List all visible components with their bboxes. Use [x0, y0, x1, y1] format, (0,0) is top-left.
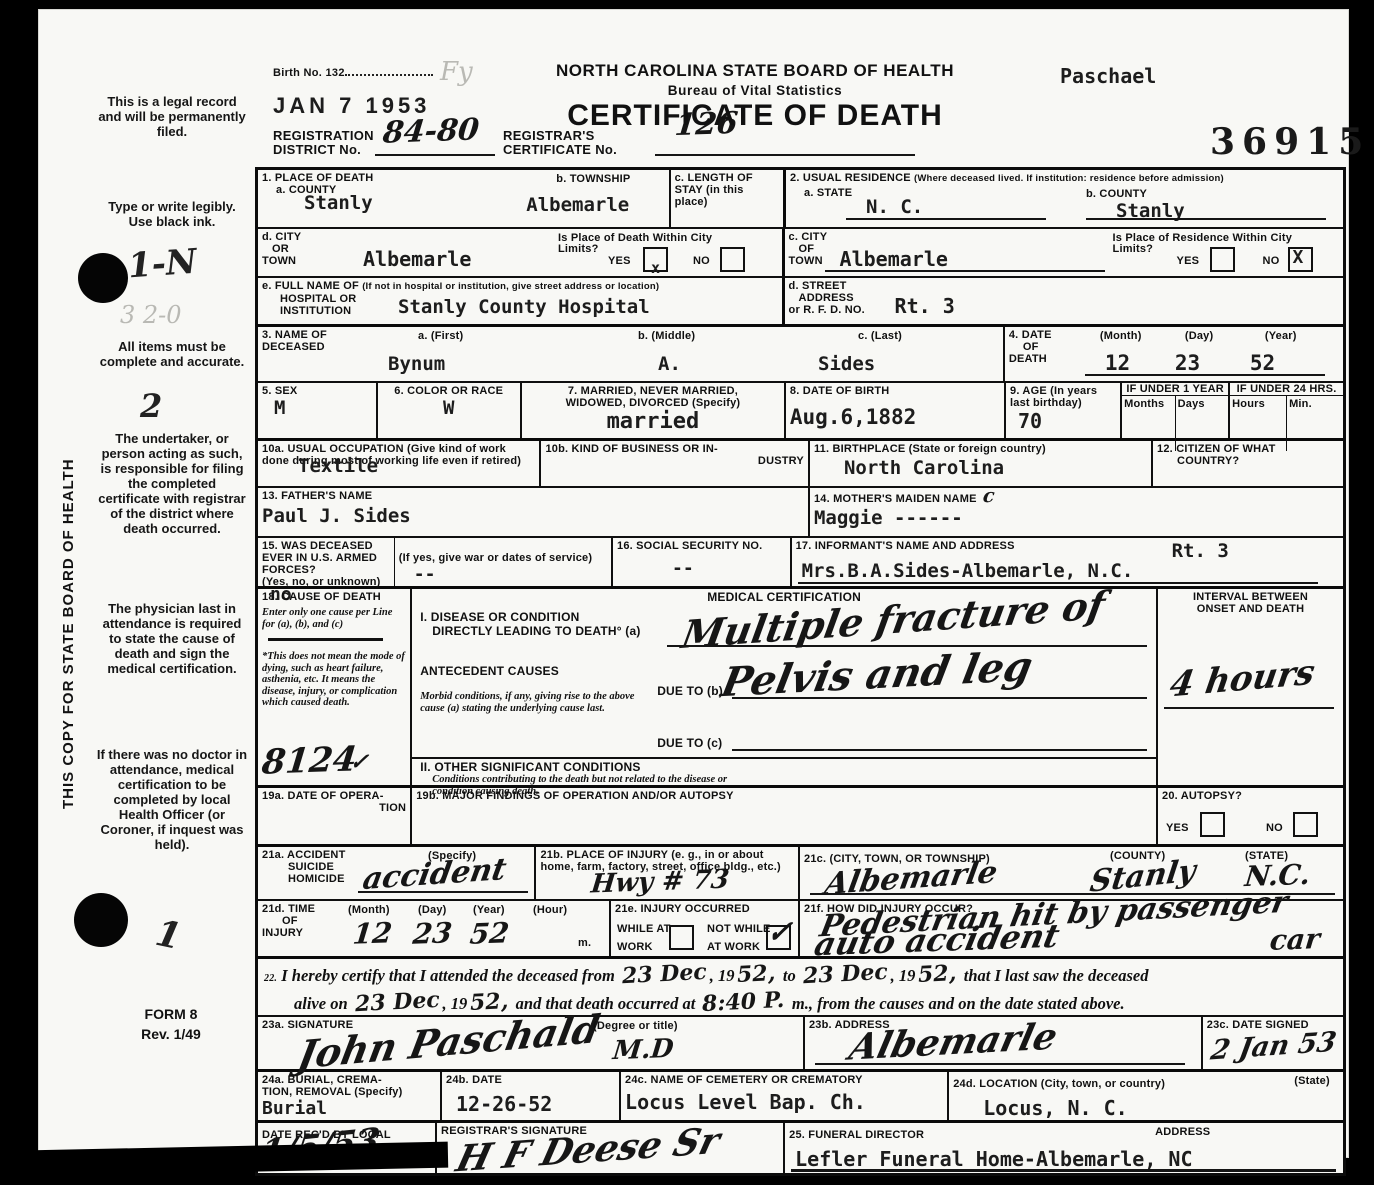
field-date-of-operation: 19a. DATE OF OPERA- TION [258, 788, 412, 844]
bureau-subtitle: Bureau of Vital Statistics [505, 83, 1005, 98]
field-signature: 23a. SIGNATURE John Paschald (Degree or … [258, 1017, 805, 1069]
header-pencil-mark: Fy [440, 57, 473, 87]
interval-value: 4 hours [1167, 652, 1318, 705]
cemetery-value: Locus Level Bap. Ch. [625, 1090, 943, 1114]
field-business: 10b. KIND OF BUSINESS OR IN- DUSTRY [541, 441, 810, 486]
birthplace-value: North Carolina [844, 457, 1147, 479]
certificate-title: CERTIFICATE OF DEATH [505, 99, 1005, 133]
field-how-injury-occurred: 21f. HOW DID INJURY OCCUR? Pedestrian hi… [800, 901, 1343, 956]
war-dates-value: -- [414, 564, 607, 585]
field-informant: 17. INFORMANT'S NAME AND ADDRESS Rt. 3 M… [792, 538, 1343, 586]
residence-limits-yes-checkbox [1210, 247, 1235, 272]
margin-note-physician: The physician last in attendance is requ… [96, 601, 248, 676]
margin-vertical-text: THIS COPY FOR STATE BOARD OF HEALTH [60, 409, 77, 809]
field-armed-forces: 15. WAS DECEASED EVER IN U.S. ARMED FORC… [258, 538, 613, 586]
margin-handwritten-mark: 2 [140, 387, 162, 425]
margin-handwritten-mark: 1-N [127, 242, 198, 287]
death-city-value: Albemarle [363, 247, 471, 271]
field-age: 9. AGE (In years last birthday) 70 IF UN… [1006, 383, 1343, 438]
while-at-work-checkbox [669, 925, 694, 950]
residence-city-value: Albemarle [840, 247, 948, 271]
death-limits-no-checkbox [720, 247, 745, 272]
field-cause-of-death: 18. CAUSE OF DEATH Enter only one cause … [258, 589, 412, 785]
field-father-name: 13. FATHER'S NAME Paul J. Sides [258, 488, 810, 536]
field-burial-date: 24b. DATE 12-26-52 [442, 1072, 621, 1120]
field-date-of-death: 4. DATE OF DEATH (Month) (Day) (Year) 12… [1005, 327, 1343, 381]
burial-location-value: Locus, N. C. [983, 1096, 1339, 1120]
field-cemetery: 24c. NAME OF CEMETERY OR CREMATORY Locus… [621, 1072, 949, 1120]
last-seen-value: 23 Dec [354, 987, 440, 1017]
field-usual-residence: 2. USUAL RESIDENCE (Where deceased lived… [786, 170, 1343, 227]
punch-hole-icon [74, 893, 128, 947]
field-date-received: DATE REC'D BY LOCAL REG. 1/5/53 [258, 1123, 437, 1173]
board-title: NORTH CAROLINA STATE BOARD OF HEALTH [505, 61, 1005, 81]
field-occupation: 10a. USUAL OCCUPATION (Give kind of work… [258, 441, 541, 486]
field-citizen: 12. CITIZEN OF WHAT COUNTRY? [1153, 441, 1343, 486]
first-name-value: Bynum [388, 353, 445, 375]
how-injury-right: car [1268, 922, 1321, 957]
date-signed-value: 2 Jan 53 [1208, 1026, 1338, 1066]
ssn-value: -- [672, 558, 786, 579]
form-header: Birth No. 132 Fy JAN 7 1953 REGISTRATION… [255, 9, 1346, 167]
field-interval: INTERVAL BETWEEN ONSET AND DEATH 4 hours [1158, 589, 1343, 785]
autopsy-yes-checkbox [1200, 812, 1225, 837]
last-name-value: Sides [818, 353, 875, 375]
field-sex: 5. SEX M [258, 383, 378, 438]
birth-no-label: Birth No. 132 [273, 67, 433, 79]
field-color-race: 6. COLOR OR RACE W [378, 383, 522, 438]
left-margin: THIS COPY FOR STATE BOARD OF HEALTH This… [38, 9, 255, 1158]
field-place-of-injury: 21b. PLACE OF INJURY (e. g., in or about… [536, 847, 800, 899]
cause-code-value: 8124 [260, 739, 359, 782]
middle-name-value: A. [658, 353, 681, 375]
margin-note-nodoctor: If there was no doctor in attendance, me… [96, 747, 248, 852]
death-time-value: 8:40 P. [702, 987, 786, 1017]
mother-name-value: Maggie ------ [814, 507, 1339, 529]
cause-code-check: ✓ [349, 749, 370, 776]
margin-handwritten-mark: 1 [152, 912, 185, 958]
death-limits-yes-mark: x [651, 259, 660, 277]
margin-note-complete: All items must be complete and accurate. [96, 339, 248, 369]
not-while-at-work-check: ✓ [765, 914, 794, 950]
field-injury-occurred: 21e. INJURY OCCURRED WHILE AT WORK NOT W… [611, 901, 800, 956]
field-birthplace: 11. BIRTHPLACE (State or foreign country… [810, 441, 1153, 486]
field-major-findings: 19b. MAJOR FINDINGS OF OPERATION AND/OR … [412, 788, 1158, 844]
age-value: 70 [1018, 409, 1116, 433]
race-value: W [382, 397, 516, 419]
punch-hole-icon [78, 253, 128, 303]
paper: THIS COPY FOR STATE BOARD OF HEALTH This… [38, 9, 1349, 1158]
informant-route-value: Rt. 3 [1172, 540, 1229, 562]
hospital-value: Stanly County Hospital [398, 296, 650, 318]
street-address-value: Rt. 3 [895, 294, 955, 318]
registrar-certificate-label: REGISTRAR'S CERTIFICATE No. [503, 129, 617, 157]
field-burial-location: 24d. LOCATION (City, town, or country) (… [949, 1072, 1343, 1120]
death-day-value: 23 [1175, 351, 1200, 375]
field-certification-statement: 22. I hereby certify that I attended the… [258, 959, 1343, 1015]
field-hospital: e. FULL NAME OF (If not in hospital or i… [258, 278, 785, 324]
field-ssn: 16. SOCIAL SECURITY NO. -- [613, 538, 792, 586]
registration-district-value: 84-80 [381, 112, 481, 150]
margin-pencil-mark: 3 2-0 [120, 301, 182, 329]
county-value: Stanly [304, 192, 373, 214]
field-date-signed: 23c. DATE SIGNED 2 Jan 53 [1203, 1017, 1343, 1069]
attended-to-value: 23 Dec [802, 959, 888, 989]
attended-from-value: 23 Dec [621, 959, 707, 989]
field-funeral-director: 25. FUNERAL DIRECTOR ADDRESS Lefler Fune… [785, 1123, 1343, 1173]
field-registrar-signature: REGISTRAR'S SIGNATURE H F Deese Sr [437, 1123, 785, 1173]
death-month-value: 12 [1105, 351, 1130, 375]
injury-month-value: 12 [351, 916, 393, 951]
injury-day-value: 23 [411, 916, 453, 951]
field-burial-type: 24a. BURIAL, CREMA- TION, REMOVAL (Speci… [258, 1072, 442, 1120]
field-signer-address: 23b. ADDRESS Albemarle [805, 1017, 1203, 1069]
autopsy-no-checkbox [1293, 812, 1318, 837]
field-length-of-stay: c. LENGTH OF STAY (in this place) [669, 170, 783, 227]
scan-canvas: THIS COPY FOR STATE BOARD OF HEALTH This… [0, 0, 1374, 1185]
name-stamp: Paschael [1060, 64, 1156, 88]
margin-note-undertaker: The undertaker, or person acting as such… [96, 431, 248, 536]
field-marital-status: 7. MARRIED, NEVER MARRIED, WIDOWED, DIVO… [522, 383, 786, 438]
father-name-value: Paul J. Sides [262, 505, 804, 527]
sex-value: M [274, 397, 372, 419]
burial-type-value: Burial [262, 1098, 436, 1119]
residence-limits-no-mark: X [1293, 247, 1304, 268]
field-death-city: d. CITY OR TOWN Albemarle Is Place of De… [258, 229, 785, 276]
certificate-form: Birth No. 132 Fy JAN 7 1953 REGISTRATION… [255, 9, 1346, 1176]
field-time-of-injury: 21d. TIME OF INJURY (Month) (Day) (Year)… [258, 901, 611, 956]
field-autopsy: 20. AUTOPSY? YES NO [1158, 788, 1343, 844]
registration-district-label: REGISTRATION DISTRICT No. [273, 129, 374, 157]
field-date-of-birth: 8. DATE OF BIRTH Aug.6,1882 [786, 383, 1006, 438]
form-grid: 1. PLACE OF DEATH a. COUNTY Stanly b. TO… [255, 167, 1346, 1176]
how-injury-line2: auto accident [811, 917, 1063, 964]
physician-signature: John Paschald [294, 1005, 604, 1077]
place-of-injury-value: Hwy # 73 [590, 865, 731, 900]
occupation-value: Textile [298, 455, 378, 477]
field-mother-name: 14. MOTHER'S MAIDEN NAME c Maggie ------ [810, 488, 1343, 536]
field-place-of-death: 1. PLACE OF DEATH a. COUNTY Stanly b. TO… [258, 170, 786, 227]
funeral-director-value: Lefler Funeral Home-Albemarle, NC [795, 1147, 1339, 1171]
informant-name-value: Mrs.B.A.Sides-Albemarle, N.C. [802, 560, 1134, 582]
residence-state-value: N. C. [866, 196, 923, 218]
medical-certification: MEDICAL CERTIFICATION I. DISEASE OR COND… [412, 589, 1158, 785]
margin-note-legal: This is a legal record and will be perma… [96, 94, 248, 139]
birth-date-value: Aug.6,1882 [790, 405, 1000, 429]
field-name-of-deceased: 3. NAME OF DECEASED a. (First) b. (Middl… [258, 327, 1005, 381]
field-accident-type: 21a. ACCIDENT SUICIDE HOMICIDE (Specify)… [258, 847, 536, 899]
township-value: Albemarle [526, 194, 629, 216]
field-street-address: d. STREET ADDRESS or R. F. D. NO. Rt. 3 [785, 278, 1343, 324]
burial-date-value: 12-26-52 [456, 1092, 615, 1116]
injury-year-value: 52 [468, 916, 510, 951]
serial-number: 36915 [1210, 121, 1370, 163]
form-number: FORM 8 Rev. 1/49 [96, 1004, 246, 1044]
field-residence-city: c. CITY OF TOWN Albemarle Is Place of Re… [785, 229, 1343, 276]
marital-value: married [526, 409, 780, 434]
degree-value: M.D [611, 1034, 675, 1066]
margin-note-type: Type or write legibly. Use black ink. [96, 199, 248, 229]
death-year-value: 52 [1250, 351, 1275, 375]
